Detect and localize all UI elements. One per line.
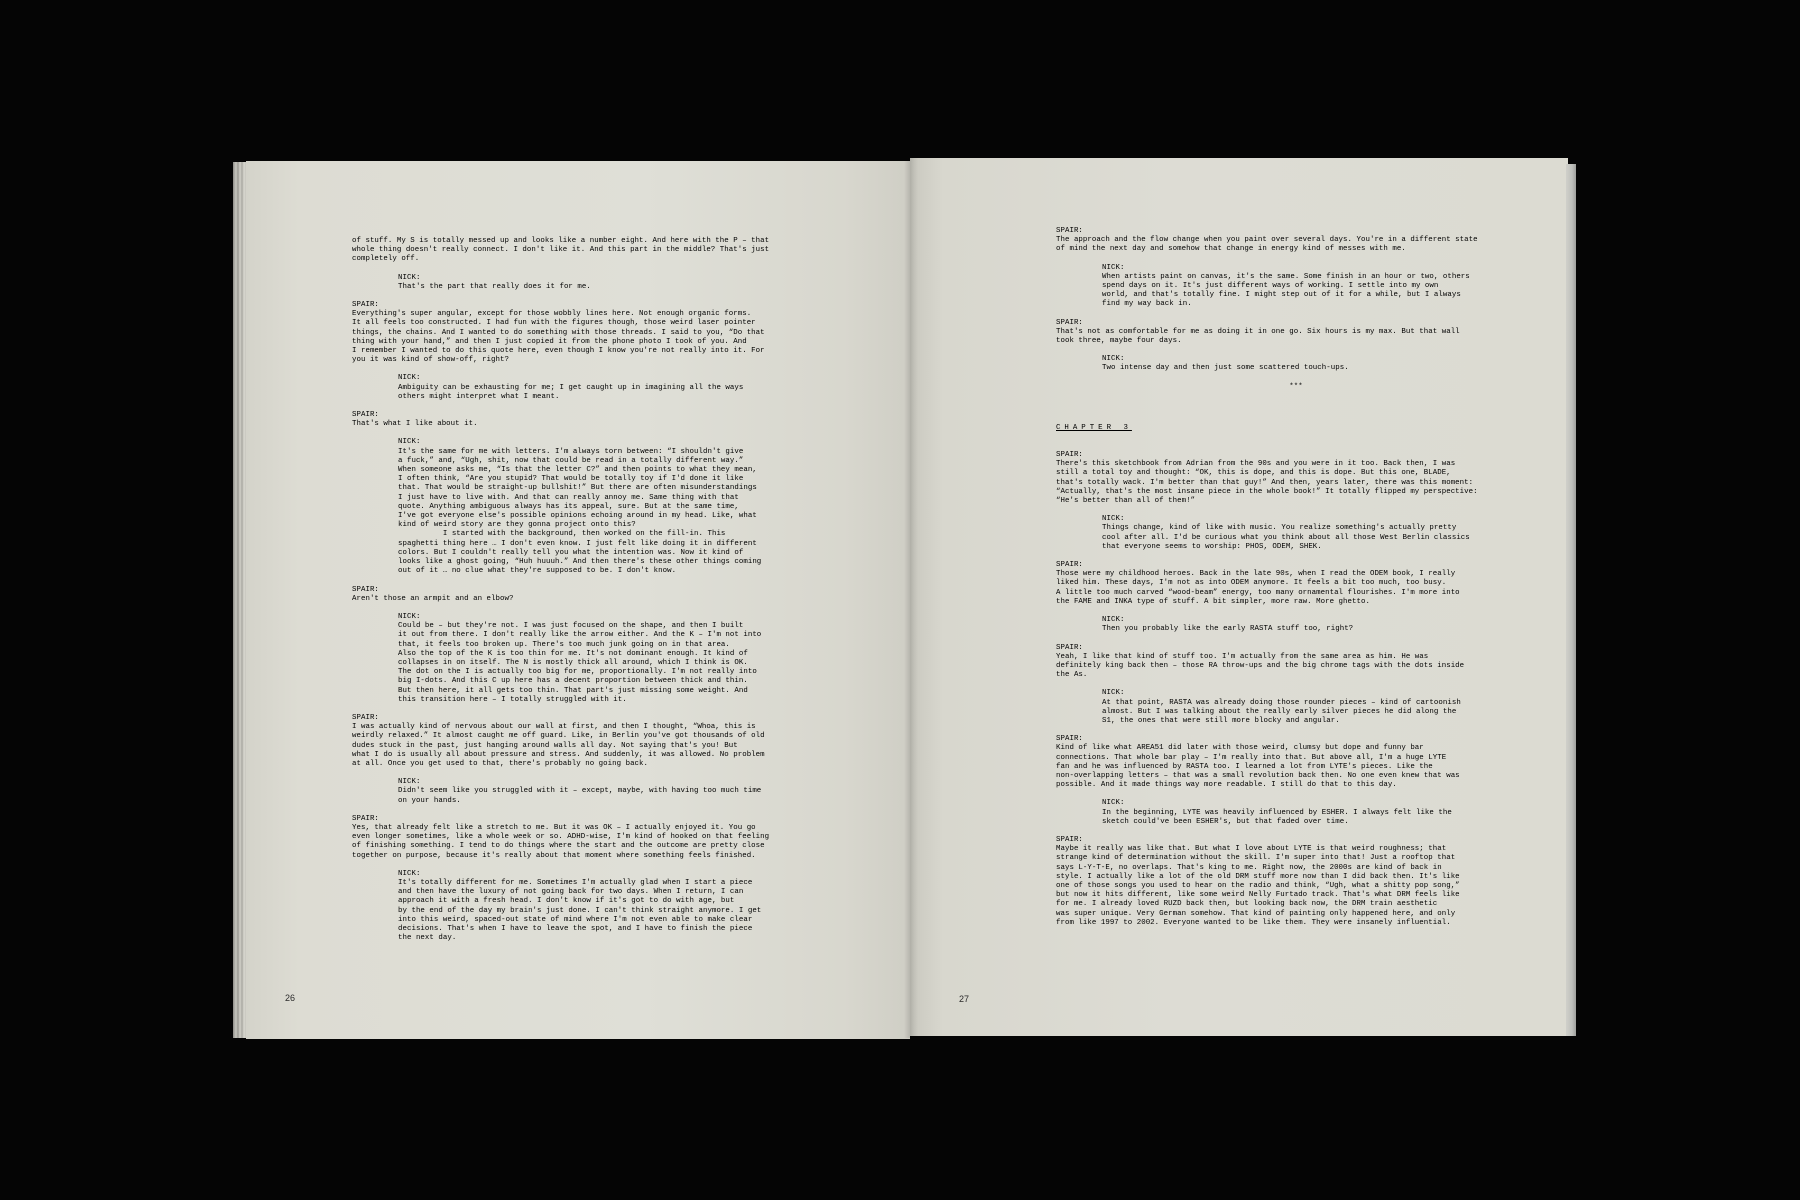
page-number-right: 27	[959, 994, 969, 1004]
text-line: Yeah, I like that kind of stuff too. I'm…	[1056, 653, 1536, 662]
text-line: it out from there. I don't really like t…	[398, 631, 769, 640]
chapter-heading: CHAPTER 3	[1056, 424, 1536, 433]
text-line: and then have the luxury of not going ba…	[398, 888, 769, 897]
dialogue-block-spair: SPAIR:Aren't those an armpit and an elbo…	[352, 586, 769, 604]
dialogue-block-continuation: of stuff. My S is totally messed up and …	[352, 237, 769, 265]
speaker-label: NICK:	[398, 870, 769, 879]
text-line: “He's better than all of them!”	[1056, 497, 1536, 506]
text-line: that, it feels too broken up. There's to…	[398, 641, 769, 650]
right-page-edges	[1566, 164, 1576, 1036]
text-line: The dot on the I is actually too big for…	[398, 668, 769, 677]
text-line: At that point, RASTA was already doing t…	[1102, 699, 1536, 708]
speaker-label: SPAIR:	[1056, 644, 1536, 653]
text-line: by the end of the day my brain's just do…	[398, 907, 769, 916]
text-line: but now it hits different, like some wei…	[1056, 891, 1536, 900]
speaker-label: SPAIR:	[1056, 451, 1536, 460]
text-line: one of those songs you used to hear on t…	[1056, 882, 1536, 891]
text-line: non-overlapping letters – that was a sma…	[1056, 772, 1536, 781]
text-line: weirdly relaxed.” It almost caught me of…	[352, 732, 769, 741]
dialogue-block-spair: SPAIR:Those were my childhood heroes. Ba…	[1056, 561, 1536, 607]
text-line: what I do is usually all about pressure …	[352, 751, 769, 760]
text-line: It's the same for me with letters. I'm a…	[398, 448, 769, 457]
dialogue-block-nick: NICK:Ambiguity can be exhausting for me;…	[352, 374, 769, 402]
text-line: That's the part that really does it for …	[398, 283, 769, 292]
speaker-label: SPAIR:	[1056, 735, 1536, 744]
text-line: When someone asks me, “Is that the lette…	[398, 466, 769, 475]
speaker-label: NICK:	[398, 613, 769, 622]
text-line: find my way back in.	[1102, 300, 1536, 309]
text-line: quote. Anything ambiguous always has its…	[398, 503, 769, 512]
dialogue-block-nick: NICK:Things change, kind of like with mu…	[1056, 515, 1536, 552]
text-line: decisions. That's when I have to leave t…	[398, 925, 769, 934]
text-line: liked him. These days, I'm not as into O…	[1056, 579, 1536, 588]
text-line: things, the chains. And I wanted to do s…	[352, 329, 769, 338]
text-line: this transition here – I totally struggl…	[398, 696, 769, 705]
text-line: that's totally wack. I'm better than tha…	[1056, 479, 1536, 488]
text-line: for me. I already loved RUZD back then, …	[1056, 900, 1536, 909]
speaker-label: NICK:	[1102, 689, 1536, 698]
text-line: Maybe it really was like that. But what …	[1056, 845, 1536, 854]
text-line: still a total toy and thought: “OK, this…	[1056, 469, 1536, 478]
text-line: almost. But I was talking about the real…	[1102, 708, 1536, 717]
text-line: even longer sometimes, like a whole week…	[352, 833, 769, 842]
dialogue-block-nick: NICK:That's the part that really does it…	[352, 274, 769, 292]
text-line: whole thing doesn't really connect. I do…	[352, 246, 769, 255]
speaker-label: SPAIR:	[1056, 561, 1536, 570]
text-line: Kind of like what AREA51 did later with …	[1056, 744, 1536, 753]
text-line: dudes stuck in the past, just hanging ar…	[352, 742, 769, 751]
text-line: thing with your hand,” and then I just c…	[352, 338, 769, 347]
dialogue-block-spair: SPAIR:I was actually kind of nervous abo…	[352, 714, 769, 769]
speaker-label: NICK:	[1102, 515, 1536, 524]
speaker-label: SPAIR:	[352, 714, 769, 723]
text-line: Everything's super angular, except for t…	[352, 310, 769, 319]
right-page-text: SPAIR:The approach and the flow change w…	[1056, 227, 1536, 937]
text-line: Ambiguity can be exhausting for me; I ge…	[398, 384, 769, 393]
speaker-label: NICK:	[1102, 799, 1536, 808]
speaker-label: SPAIR:	[352, 411, 769, 420]
text-line: approach it with a fresh head. I don't k…	[398, 897, 769, 906]
text-line: It's totally different for me. Sometimes…	[398, 879, 769, 888]
text-line: Two intense day and then just some scatt…	[1102, 364, 1536, 373]
speaker-label: SPAIR:	[1056, 836, 1536, 845]
text-line: Things change, kind of like with music. …	[1102, 524, 1536, 533]
text-line: kind of weird story are they gonna proje…	[398, 521, 769, 530]
dialogue-block-spair: SPAIR:Kind of like what AREA51 did later…	[1056, 735, 1536, 790]
text-line: of finishing something. I tend to do thi…	[352, 842, 769, 851]
text-line: That's not as comfortable for me as doin…	[1056, 328, 1536, 337]
speaker-label: SPAIR:	[352, 301, 769, 310]
text-line: I started with the background, then work…	[398, 530, 769, 539]
text-line: Could be – but they're not. I was just f…	[398, 622, 769, 631]
text-line: “Actually, that's the most insane piece …	[1056, 488, 1536, 497]
text-line: I just have to live with. And that can r…	[398, 494, 769, 503]
text-line: cool after all. I'd be curious what you …	[1102, 534, 1536, 543]
dialogue-block-nick: NICK:Didn't seem like you struggled with…	[352, 778, 769, 806]
text-line: connections. That whole bar play – I'm r…	[1056, 754, 1536, 763]
text-line: together on purpose, because it's really…	[352, 852, 769, 861]
text-line: was super unique. Very German somehow. T…	[1056, 910, 1536, 919]
text-line: of mind the next day and somehow that ch…	[1056, 245, 1536, 254]
text-line: sketch could've been ESHER's, but that f…	[1102, 818, 1536, 827]
dialogue-block-nick: NICK:At that point, RASTA was already do…	[1056, 689, 1536, 726]
text-line: at all. Once you get used to that, there…	[352, 760, 769, 769]
text-line: Didn't seem like you struggled with it –…	[398, 787, 769, 796]
text-line: looks like a ghost going, “Huh huuuh.” A…	[398, 558, 769, 567]
text-line: world, and that's totally fine. I might …	[1102, 291, 1536, 300]
text-line: I remember I wanted to do this quote her…	[352, 347, 769, 356]
speaker-label: NICK:	[1102, 264, 1536, 273]
book-gutter	[904, 158, 918, 1038]
text-line: Yes, that already felt like a stretch to…	[352, 824, 769, 833]
text-line: of stuff. My S is totally messed up and …	[352, 237, 769, 246]
text-line: There's this sketchbook from Adrian from…	[1056, 460, 1536, 469]
text-line: on your hands.	[398, 797, 769, 806]
speaker-label: NICK:	[1102, 616, 1536, 625]
page-number-left: 26	[285, 993, 295, 1003]
text-line: I was actually kind of nervous about our…	[352, 723, 769, 732]
dialogue-block-spair: SPAIR:That's not as comfortable for me a…	[1056, 319, 1536, 347]
text-line: I often think, “Are you stupid? That wou…	[398, 475, 769, 484]
speaker-label: NICK:	[398, 274, 769, 283]
speaker-label: SPAIR:	[1056, 319, 1536, 328]
text-line: A little too much carved “wood-beam” ene…	[1056, 589, 1536, 598]
text-line: that everyone seems to worship: PHOS, OD…	[1102, 543, 1536, 552]
dialogue-block-nick: NICK:It's the same for me with letters. …	[352, 438, 769, 576]
dialogue-block-nick: NICK:Two intense day and then just some …	[1056, 355, 1536, 373]
text-line: from like 1997 to 2002. Everyone wanted …	[1056, 919, 1536, 928]
speaker-label: NICK:	[1102, 355, 1536, 364]
text-line: spaghetti thing here … I don't even know…	[398, 540, 769, 549]
text-line: spend days on it. It's just different wa…	[1102, 282, 1536, 291]
speaker-label: NICK:	[398, 374, 769, 383]
dialogue-block-nick: NICK:Then you probably like the early RA…	[1056, 616, 1536, 634]
text-line: the As.	[1056, 671, 1536, 680]
text-line: Aren't those an armpit and an elbow?	[352, 595, 769, 604]
dialogue-block-spair: SPAIR:Yes, that already felt like a stre…	[352, 815, 769, 861]
text-line: But then here, it all gets too thin. Tha…	[398, 687, 769, 696]
text-line: possible. And it made things way more re…	[1056, 781, 1536, 790]
text-line: collapses in on itself. The N is mostly …	[398, 659, 769, 668]
text-line: It all feels too constructed. I had fun …	[352, 319, 769, 328]
dialogue-block-nick: NICK:Could be – but they're not. I was j…	[352, 613, 769, 705]
speaker-label: SPAIR:	[1056, 227, 1536, 236]
text-line: you it was kind of show-off, right?	[352, 356, 769, 365]
left-page-edges	[233, 162, 247, 1038]
speaker-label: SPAIR:	[352, 586, 769, 595]
text-line: S1, the ones that were still more blocky…	[1102, 717, 1536, 726]
dialogue-block-spair: SPAIR:The approach and the flow change w…	[1056, 227, 1536, 255]
text-line: When artists paint on canvas, it's the s…	[1102, 273, 1536, 282]
text-line: took three, maybe four days.	[1056, 337, 1536, 346]
text-line: others might interpret what I meant.	[398, 393, 769, 402]
text-line: The approach and the flow change when yo…	[1056, 236, 1536, 245]
text-line: the next day.	[398, 934, 769, 943]
text-line: strange kind of determination without th…	[1056, 854, 1536, 863]
text-line: that. That would be straight-up bullshit…	[398, 484, 769, 493]
text-line: Also the top of the K is too thin for me…	[398, 650, 769, 659]
text-line: style. I actually like a lot of the old …	[1056, 873, 1536, 882]
dialogue-block-nick: NICK:It's totally different for me. Some…	[352, 870, 769, 944]
speaker-label: NICK:	[398, 438, 769, 447]
dialogue-block-nick: NICK:When artists paint on canvas, it's …	[1056, 264, 1536, 310]
dialogue-block-spair: SPAIR:Yeah, I like that kind of stuff to…	[1056, 644, 1536, 681]
dialogue-block-spair: SPAIR:There's this sketchbook from Adria…	[1056, 451, 1536, 506]
text-line: says L-Y-T-E, no overlaps. That's king t…	[1056, 864, 1536, 873]
text-line: Those were my childhood heroes. Back in …	[1056, 570, 1536, 579]
text-line: definitely king back then – those RA thr…	[1056, 662, 1536, 671]
text-line: a fuck,” and, “Ugh, shit, now that could…	[398, 457, 769, 466]
text-line: fan and he was influenced by RASTA too. …	[1056, 763, 1536, 772]
text-line: completely off.	[352, 255, 769, 264]
text-line: That's what I like about it.	[352, 420, 769, 429]
section-separator: ***	[1056, 383, 1536, 392]
dialogue-block-spair: SPAIR:Everything's super angular, except…	[352, 301, 769, 365]
text-line: into this weird, spaced-out state of min…	[398, 916, 769, 925]
text-line: I've got everyone else's possible opinio…	[398, 512, 769, 521]
dialogue-block-spair: SPAIR:Maybe it really was like that. But…	[1056, 836, 1536, 928]
text-line: the FAME and INKA type of stuff. A bit s…	[1056, 598, 1536, 607]
text-line: out of it … no clue what they're suppose…	[398, 567, 769, 576]
text-line: colors. But I couldn't really tell you w…	[398, 549, 769, 558]
left-page-text: of stuff. My S is totally messed up and …	[352, 237, 769, 952]
speaker-label: NICK:	[398, 778, 769, 787]
text-line: In the beginning, LYTE was heavily influ…	[1102, 809, 1536, 818]
text-line: big I-dots. And this C up here has a dec…	[398, 677, 769, 686]
dialogue-block-spair: SPAIR:That's what I like about it.	[352, 411, 769, 429]
text-line: Then you probably like the early RASTA s…	[1102, 625, 1536, 634]
speaker-label: SPAIR:	[352, 815, 769, 824]
dialogue-block-nick: NICK:In the beginning, LYTE was heavily …	[1056, 799, 1536, 827]
